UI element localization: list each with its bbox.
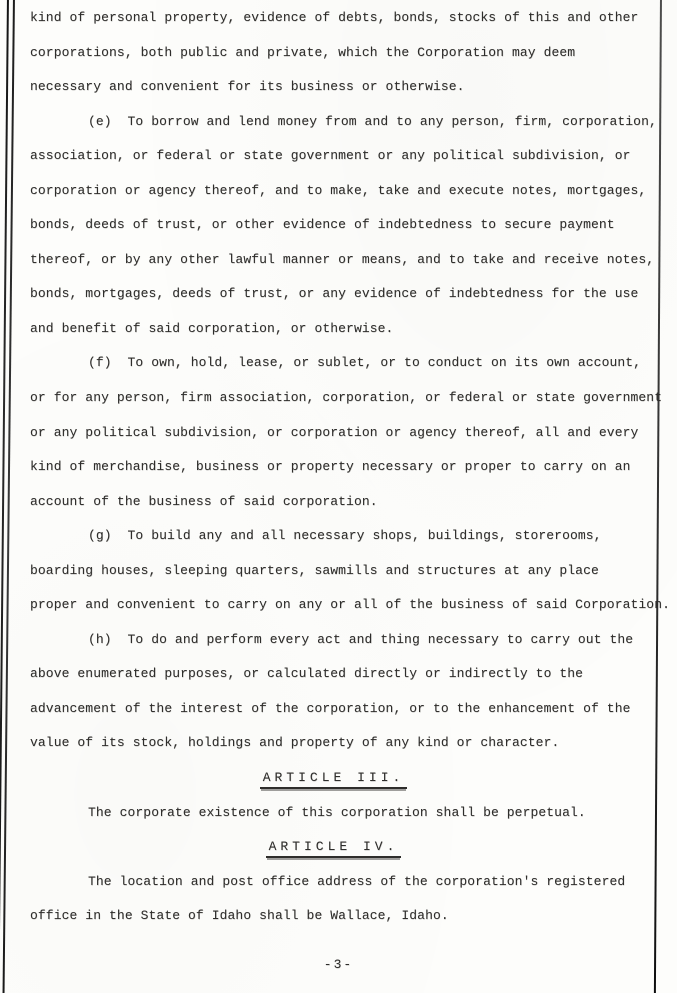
text-line: or for any person, firm association, cor… xyxy=(30,381,667,416)
article-heading-text: ARTICLE IV. xyxy=(266,839,402,858)
text-line: and benefit of said corporation, or othe… xyxy=(30,312,667,347)
text-line: above enumerated purposes, or calculated… xyxy=(30,657,667,692)
article-heading: ARTICLE III. xyxy=(30,761,667,796)
text-line: corporations, both public and private, w… xyxy=(30,36,667,71)
text-line: necessary and convenient for its busines… xyxy=(30,70,667,105)
left-margin-rule-inner xyxy=(2,0,15,993)
text-line: kind of merchandise, business or propert… xyxy=(30,450,667,485)
text-line: proper and convenient to carry on any or… xyxy=(30,588,667,623)
text-line: association, or federal or state governm… xyxy=(30,139,667,174)
text-line: (e) To borrow and lend money from and to… xyxy=(30,105,667,140)
text-line: value of its stock, holdings and propert… xyxy=(30,726,667,761)
article-heading: ARTICLE IV. xyxy=(30,830,667,865)
document-page: kind of personal property, evidence of d… xyxy=(0,0,677,993)
text-line: kind of personal property, evidence of d… xyxy=(30,1,667,36)
text-line: bonds, deeds of trust, or other evidence… xyxy=(30,208,667,243)
text-line: office in the State of Idaho shall be Wa… xyxy=(30,899,667,934)
text-line: (h) To do and perform every act and thin… xyxy=(30,623,667,658)
text-line: boarding houses, sleeping quarters, sawm… xyxy=(30,554,667,589)
text-line: (g) To build any and all necessary shops… xyxy=(30,519,667,554)
text-line: The corporate existence of this corporat… xyxy=(30,796,667,831)
text-line: (f) To own, hold, lease, or sublet, or t… xyxy=(30,346,667,381)
text-line: thereof, or by any other lawful manner o… xyxy=(30,243,667,278)
text-line: corporation or agency thereof, and to ma… xyxy=(30,174,667,209)
document-body: kind of personal property, evidence of d… xyxy=(30,1,667,934)
text-line: advancement of the interest of the corpo… xyxy=(30,692,667,727)
text-line: The location and post office address of … xyxy=(30,865,667,900)
page-number: -3- xyxy=(0,957,677,972)
text-line: account of the business of said corporat… xyxy=(30,485,667,520)
text-line: bonds, mortgages, deeds of trust, or any… xyxy=(30,277,667,312)
left-margin-rule-outer xyxy=(0,0,9,993)
article-heading-text: ARTICLE III. xyxy=(260,770,408,789)
text-line: or any political subdivision, or corpora… xyxy=(30,416,667,451)
